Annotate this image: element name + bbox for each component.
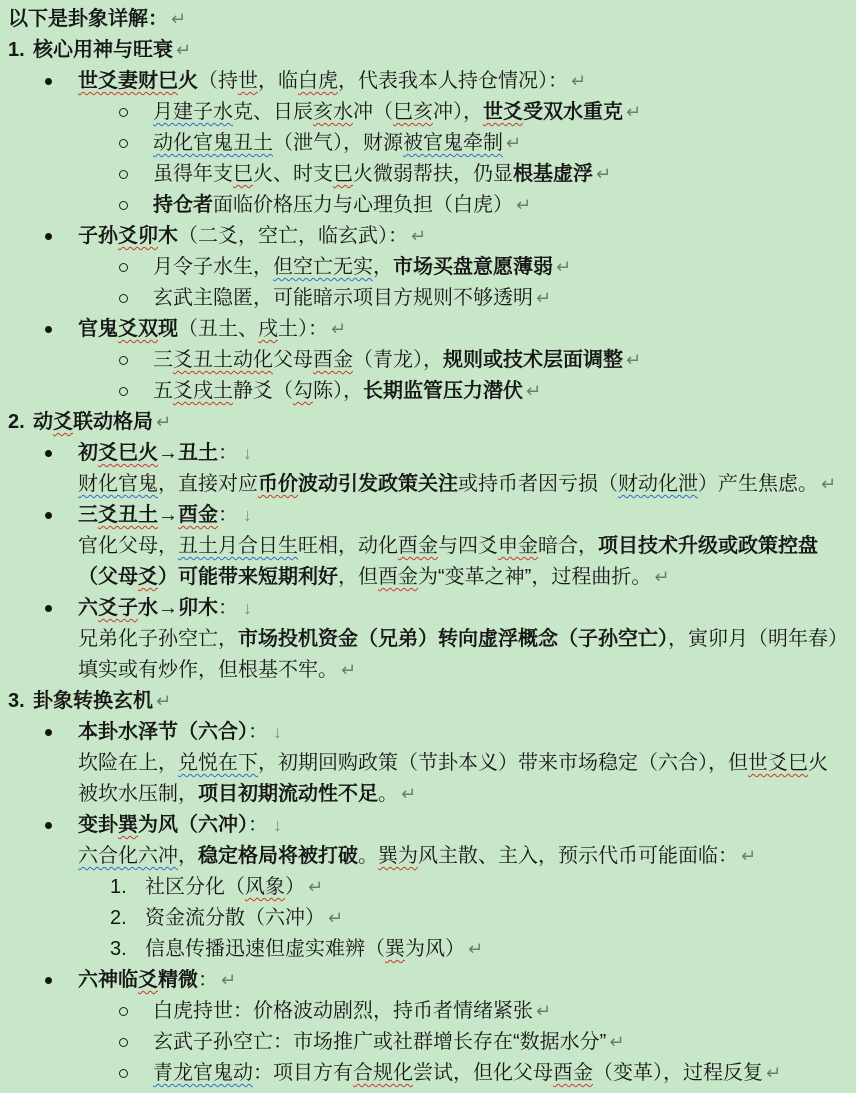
circle-bullet-icon bbox=[119, 108, 128, 117]
text-run: 资金流分散（六冲） bbox=[145, 907, 325, 929]
circle-bullet-icon bbox=[119, 263, 128, 272]
paragraph-mark-icon: ↵ bbox=[536, 288, 551, 308]
text-run: 为风） bbox=[405, 938, 465, 960]
circle-bullet-icon bbox=[119, 201, 128, 210]
circle-bullet-icon bbox=[119, 170, 128, 179]
text-run: 以下是卦象详解： bbox=[8, 8, 168, 30]
text-run: 白虎 bbox=[298, 70, 338, 92]
text-run: 虽得年支 bbox=[153, 163, 233, 185]
text-run: 风主散、主入，预示代币可能面临： bbox=[418, 845, 738, 867]
circle-sub-item: 玄武子孙空亡：市场推广或社群增长存在“数据水分”↵ bbox=[8, 1027, 848, 1058]
text-run: 卦象转换玄机 bbox=[33, 690, 153, 712]
paragraph-mark-icon: ↵ bbox=[506, 133, 521, 153]
text-run: 精微 bbox=[158, 969, 198, 991]
paragraph-mark-icon: ↵ bbox=[411, 226, 426, 246]
circle-bullet-icon bbox=[119, 294, 128, 303]
circle-bullet-icon bbox=[119, 139, 128, 148]
text-run: 勾 bbox=[293, 380, 313, 402]
text-run: 土）： bbox=[278, 318, 328, 340]
text-run: 动 bbox=[33, 411, 53, 433]
bullet-item: 世爻妻财巳火（持世，临白虎，代表我本人持仓情况）：↵ bbox=[8, 66, 848, 97]
section-1-heading: 1.核心用神与旺衰↵ bbox=[8, 35, 848, 66]
text-run: 初 bbox=[78, 442, 98, 464]
list-number: 2. bbox=[8, 407, 25, 438]
text-run: 水→卯木 bbox=[138, 597, 218, 619]
text-run: 五 bbox=[153, 380, 173, 402]
list-number: 2. bbox=[110, 903, 127, 934]
bullet-icon bbox=[45, 512, 52, 519]
paragraph-mark-icon: ↵ bbox=[221, 970, 236, 990]
list-number: 1. bbox=[110, 872, 127, 903]
text-run: （丑土、 bbox=[178, 318, 258, 340]
text-run: 爻 bbox=[138, 566, 158, 588]
text-run: ，临 bbox=[258, 70, 298, 92]
paragraph-line: 六合化六冲，稳定格局将被打破。巽为风主散、主入，预示代币可能面临：↵ bbox=[8, 841, 848, 872]
text-run: （二爻，空亡，临玄武）： bbox=[178, 225, 408, 247]
text-run: 克、日辰 bbox=[233, 101, 313, 123]
circle-bullet-icon bbox=[119, 1069, 128, 1078]
text-run: 合规化 bbox=[353, 1062, 413, 1084]
text-run: 官化父母， bbox=[78, 535, 178, 557]
bullet-item: 官鬼爻双现（丑土、戌土）：↵ bbox=[8, 314, 848, 345]
text-run: （泄气），财源 bbox=[273, 132, 403, 154]
text-run: （变革），过程反复 bbox=[593, 1062, 763, 1084]
text-run: 市场买盘意愿薄弱 bbox=[393, 256, 553, 278]
text-run: 变卦 bbox=[78, 814, 118, 836]
text-run: ： bbox=[248, 721, 268, 743]
paragraph-line: 官化父母，丑土月合日生旺相，动化酉金与四爻申金暗合，项目技术升级或政策控盘（父母… bbox=[8, 531, 848, 593]
text-run: 动化官鬼丑土 bbox=[153, 132, 273, 154]
text-run: 三 bbox=[78, 504, 98, 526]
text-run: →丑土 bbox=[158, 442, 218, 464]
text-run: 本卦水泽节（六合） bbox=[78, 721, 248, 743]
text-run: 三 bbox=[153, 349, 173, 371]
text-run: 爻双 bbox=[118, 318, 158, 340]
text-run: 爻 bbox=[53, 411, 73, 433]
text-run: 火 bbox=[178, 70, 198, 92]
line-break-mark-icon: ↓ bbox=[243, 505, 252, 525]
line-break-mark-icon: ↓ bbox=[243, 443, 252, 463]
paragraph-mark-icon: ↵ bbox=[626, 102, 641, 122]
paragraph-mark-icon: ↵ bbox=[328, 908, 343, 928]
text-run: 青龙官鬼动 bbox=[153, 1062, 253, 1084]
circle-sub-item: 青龙官鬼动：项目方有合规化尝试，但化父母酉金（变革），过程反复↵ bbox=[8, 1058, 848, 1089]
text-run: ：项目方有 bbox=[253, 1062, 353, 1084]
text-run: 月令子水生， bbox=[153, 256, 273, 278]
text-run: 冲）， bbox=[433, 101, 483, 123]
circle-sub-item: 五爻戌土静爻（勾陈），长期监管压力潜伏↵ bbox=[8, 376, 848, 407]
section-3-heading: 3.卦象转换玄机↵ bbox=[8, 686, 848, 717]
text-run: 市场投机资金（兄弟）转向虚浮概念（子孙空亡） bbox=[238, 628, 668, 650]
text-run: ，代表我本人持仓情况）： bbox=[338, 70, 568, 92]
text-run: 世爻 bbox=[483, 101, 523, 123]
text-run: 被官鬼牵制 bbox=[403, 132, 503, 154]
text-run: 爻子 bbox=[98, 597, 138, 619]
text-run: 规则或技术层面调整 bbox=[443, 349, 623, 371]
document-text-area[interactable]: 以下是卦象详解：↵1.核心用神与旺衰↵世爻妻财巳火（持世，临白虎，代表我本人持仓… bbox=[0, 0, 856, 1089]
bullet-icon bbox=[45, 977, 52, 984]
text-run: 暗合， bbox=[538, 535, 598, 557]
text-run: 爻丑土动化 bbox=[173, 349, 273, 371]
paragraph-mark-icon: ↵ bbox=[571, 71, 586, 91]
circle-sub-item: 动化官鬼丑土（泄气），财源被官鬼牵制↵ bbox=[8, 128, 848, 159]
doc-intro-line: 以下是卦象详解：↵ bbox=[8, 4, 848, 35]
paragraph-mark-icon: ↵ bbox=[821, 474, 836, 494]
text-run: 巽 bbox=[385, 938, 405, 960]
text-run: 酉金 bbox=[313, 349, 353, 371]
text-run: 爻巳火 bbox=[98, 442, 158, 464]
bullet-icon bbox=[45, 729, 52, 736]
text-run: 坎险在上， bbox=[78, 752, 178, 774]
text-run: （持 bbox=[198, 70, 238, 92]
text-run: 酉金 bbox=[178, 504, 218, 526]
text-run: 世 bbox=[238, 70, 258, 92]
paragraph-mark-icon: ↵ bbox=[609, 1032, 624, 1052]
text-run: 兄弟化子孙空亡， bbox=[78, 628, 238, 650]
text-run: 巳 bbox=[333, 163, 353, 185]
bullet-item: 六神临爻精微：↵ bbox=[8, 965, 848, 996]
text-run: 爻卯 bbox=[118, 225, 158, 247]
line-break-mark-icon: ↓ bbox=[243, 598, 252, 618]
text-run: 现 bbox=[158, 318, 178, 340]
text-run: 官鬼 bbox=[78, 318, 118, 340]
paragraph-mark-icon: ↵ bbox=[526, 381, 541, 401]
text-run: 受双水重克 bbox=[523, 101, 623, 123]
bullet-icon bbox=[45, 78, 52, 85]
paragraph-line: 坎险在上，兑悦在下，初期回购政策（节卦本义）带来市场稳定（六合），但世爻巳火被坎… bbox=[8, 748, 848, 810]
bullet-icon bbox=[45, 822, 52, 829]
text-run: → bbox=[158, 504, 178, 526]
circle-sub-item: 持仓者面临价格压力与心理负担（白虎）↵ bbox=[8, 190, 848, 221]
text-run: 六神临 bbox=[78, 969, 138, 991]
paragraph-mark-icon: ↵ bbox=[156, 691, 171, 711]
paragraph-mark-icon: ↵ bbox=[156, 412, 171, 432]
list-number: 3. bbox=[8, 686, 25, 717]
bullet-item: 本卦水泽节（六合）：↓ bbox=[8, 717, 848, 748]
paragraph-mark-icon: ↵ bbox=[308, 877, 323, 897]
paragraph-mark-icon: ↵ bbox=[654, 567, 669, 587]
bullet-icon bbox=[45, 450, 52, 457]
line-break-mark-icon: ↓ bbox=[273, 815, 282, 835]
text-run: 面临价格压力与心理负担（白虎） bbox=[213, 194, 513, 216]
text-run: 六合化六冲 bbox=[78, 845, 178, 867]
line-break-mark-icon: ↓ bbox=[273, 722, 282, 742]
bullet-item: 变卦巽为风（六冲）：↓ bbox=[8, 810, 848, 841]
text-run: 。 bbox=[378, 783, 398, 805]
text-run: 与四爻 bbox=[438, 535, 498, 557]
text-run: 木 bbox=[158, 225, 178, 247]
text-run: ， bbox=[178, 845, 198, 867]
text-run: 但空亡无实 bbox=[273, 256, 373, 278]
text-run: 月建子水 bbox=[153, 101, 233, 123]
circle-sub-item: 月建子水克、日辰亥水冲（巳亥冲），世爻受双水重克↵ bbox=[8, 97, 848, 128]
list-number: 3. bbox=[110, 934, 127, 965]
text-run: 核心用神与旺衰 bbox=[33, 39, 173, 61]
bullet-icon bbox=[45, 233, 52, 240]
text-run: 申金 bbox=[498, 535, 538, 557]
paragraph-line: 兄弟化子孙空亡，市场投机资金（兄弟）转向虚浮概念（子孙空亡），寅卯月（明年春）填… bbox=[8, 624, 848, 686]
text-run: 联动格局 bbox=[73, 411, 153, 433]
text-run: 兑悦在下 bbox=[178, 752, 258, 774]
text-run: 六 bbox=[78, 597, 98, 619]
text-run: 风象 bbox=[245, 876, 285, 898]
bullet-item: 六爻子水→卯木：↓ bbox=[8, 593, 848, 624]
text-run: 尝试，但化父母 bbox=[413, 1062, 553, 1084]
text-run: 陈）， bbox=[313, 380, 363, 402]
text-run: 酉金 bbox=[553, 1062, 593, 1084]
paragraph-mark-icon: ↵ bbox=[341, 660, 356, 680]
text-run: 酉金 bbox=[398, 535, 438, 557]
text-run: 为“变革之神”，过程曲折。 bbox=[418, 566, 651, 588]
text-run: ）可能带来短期利好 bbox=[158, 566, 338, 588]
text-run: 静爻（ bbox=[233, 380, 293, 402]
text-run: 戌 bbox=[258, 318, 278, 340]
circle-bullet-icon bbox=[119, 1007, 128, 1016]
paragraph-mark-icon: ↵ bbox=[468, 939, 483, 959]
numbered-sub-item: 1.社区分化（风象）↵ bbox=[8, 872, 848, 903]
circle-bullet-icon bbox=[119, 1038, 128, 1047]
text-run: 火微弱帮扶，仍显 bbox=[353, 163, 513, 185]
text-run: 酉金 bbox=[378, 566, 418, 588]
circle-bullet-icon bbox=[119, 356, 128, 365]
text-run: ， bbox=[373, 256, 393, 278]
paragraph-mark-icon: ↵ bbox=[626, 350, 641, 370]
paragraph-mark-icon: ↵ bbox=[176, 40, 191, 60]
circle-sub-item: 白虎持世：价格波动剧烈，持币者情绪紧张↵ bbox=[8, 996, 848, 1027]
text-run: 爻戌土 bbox=[173, 380, 233, 402]
text-run: ： bbox=[218, 597, 238, 619]
circle-sub-item: 月令子水生，但空亡无实，市场买盘意愿薄弱↵ bbox=[8, 252, 848, 283]
bullet-icon bbox=[45, 605, 52, 612]
text-run: ： bbox=[198, 969, 218, 991]
text-run: 世爻妻财巳 bbox=[78, 70, 178, 92]
paragraph-mark-icon: ↵ bbox=[596, 164, 611, 184]
text-run: 长期监管压力潜伏 bbox=[363, 380, 523, 402]
text-run: 为风（六冲） bbox=[138, 814, 248, 836]
circle-sub-item: 三爻丑土动化父母酉金（青龙），规则或技术层面调整↵ bbox=[8, 345, 848, 376]
list-number: 1. bbox=[8, 35, 25, 66]
text-run: 旺相，动化 bbox=[298, 535, 398, 557]
text-run: 信息传播迅速但虚实难辨（ bbox=[145, 938, 385, 960]
section-2-heading: 2.动爻联动格局↵ bbox=[8, 407, 848, 438]
text-run: 火、时支 bbox=[253, 163, 333, 185]
text-run: 财动化泄 bbox=[618, 473, 698, 495]
bullet-item: 初爻巳火→丑土：↓ bbox=[8, 438, 848, 469]
circle-sub-item: 虽得年支巳火、时支巳火微弱帮扶，仍显根基虚浮↵ bbox=[8, 159, 848, 190]
text-run: 社区分化（ bbox=[145, 876, 245, 898]
text-run: 冲（ bbox=[353, 101, 393, 123]
text-run: ，但 bbox=[338, 566, 378, 588]
numbered-sub-item: 2.资金流分散（六冲）↵ bbox=[8, 903, 848, 934]
paragraph-mark-icon: ↵ bbox=[536, 1001, 551, 1021]
text-run: 亥水 bbox=[313, 101, 353, 123]
text-run: （青龙）， bbox=[353, 349, 443, 371]
text-run: 。 bbox=[358, 845, 378, 867]
text-run: 巳 bbox=[233, 163, 253, 185]
text-run: ，初期回购政策（节卦本义）带来市场稳定（六合），但 bbox=[258, 752, 748, 774]
numbered-sub-item: 3.信息传播迅速但虚实难辨（巽为风）↵ bbox=[8, 934, 848, 965]
text-run: 根基虚浮 bbox=[513, 163, 593, 185]
text-run: 丑土月合日生 bbox=[178, 535, 298, 557]
paragraph-mark-icon: ↵ bbox=[171, 9, 186, 29]
text-run: 玄武主隐匿，可能暗示项目方规则不够透明 bbox=[153, 287, 533, 309]
text-run: 父母 bbox=[273, 349, 313, 371]
text-run: 巽 bbox=[118, 814, 138, 836]
text-run: 财化官鬼 bbox=[78, 473, 158, 495]
text-run: 项目初期流动性不足 bbox=[198, 783, 378, 805]
text-run: ： bbox=[218, 442, 238, 464]
paragraph-mark-icon: ↵ bbox=[741, 846, 756, 866]
text-run: 波动引发政策关注 bbox=[298, 473, 458, 495]
text-run: 巽为 bbox=[378, 845, 418, 867]
text-run: 子孙 bbox=[78, 225, 118, 247]
paragraph-mark-icon: ↵ bbox=[516, 195, 531, 215]
paragraph-mark-icon: ↵ bbox=[331, 319, 346, 339]
text-run: 稳定格局将被打破 bbox=[198, 845, 358, 867]
text-run: 持仓者 bbox=[153, 194, 213, 216]
text-run: 爻 bbox=[138, 969, 158, 991]
text-run: 世爻巳 bbox=[748, 752, 808, 774]
text-run: 白虎持世：价格波动剧烈，持币者情绪紧张 bbox=[153, 1000, 533, 1022]
text-run: 爻丑土 bbox=[98, 504, 158, 526]
text-run: 巳亥 bbox=[393, 101, 433, 123]
bullet-item: 三爻丑土→酉金：↓ bbox=[8, 500, 848, 531]
text-run: ： bbox=[218, 504, 238, 526]
text-run: ） bbox=[285, 876, 305, 898]
paragraph-mark-icon: ↵ bbox=[766, 1063, 781, 1083]
bullet-icon bbox=[45, 326, 52, 333]
paragraph-line: 财化官鬼，直接对应币价波动引发政策关注或持币者因亏损（财动化泄）产生焦虑。↵ bbox=[8, 469, 848, 500]
text-run: ，直接对应 bbox=[158, 473, 258, 495]
text-run: ： bbox=[248, 814, 268, 836]
circle-sub-item: 玄武主隐匿，可能暗示项目方规则不够透明↵ bbox=[8, 283, 848, 314]
bullet-item: 子孙爻卯木（二爻，空亡，临玄武）：↵ bbox=[8, 221, 848, 252]
text-run: 币价 bbox=[258, 473, 298, 495]
paragraph-mark-icon: ↵ bbox=[556, 257, 571, 277]
text-run: ）产生焦虑。 bbox=[698, 473, 818, 495]
paragraph-mark-icon: ↵ bbox=[401, 784, 416, 804]
circle-bullet-icon bbox=[119, 387, 128, 396]
text-run: 或持币者因亏损（ bbox=[458, 473, 618, 495]
text-run: 玄武子孙空亡：市场推广或社群增长存在“数据水分” bbox=[153, 1031, 606, 1053]
